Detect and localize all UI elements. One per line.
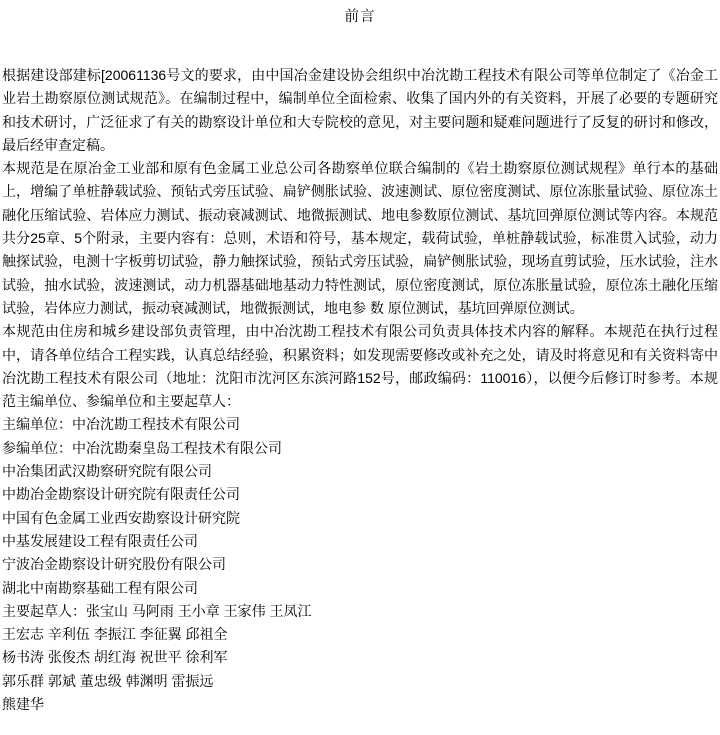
intro-paragraph: 根据建设部建标[20061136号文的要求，由中国冶金建设协会组织中冶沈勘工程技…: [2, 64, 718, 157]
document-body: 根据建设部建标[20061136号文的要求，由中国冶金建设协会组织中冶沈勘工程技…: [2, 64, 718, 716]
chief-editor-line: 主编单位：中冶沈勘工程技术有限公司: [2, 413, 718, 436]
participating-unit-line: 中基发展建设工程有限责任公司: [2, 530, 718, 553]
participating-unit-line: 中国有色金属工业西安勘察设计研究院: [2, 507, 718, 530]
participating-unit-line: 中勘冶金勘察设计研究院有限责任公司: [2, 483, 718, 506]
page-title: 前言: [2, 0, 718, 26]
management-paragraph: 本规范由住房和城乡建设部负责管理，由中冶沈勘工程技术有限公司负责具体技术内容的解…: [2, 320, 718, 413]
participating-unit-line: 湖北中南勘察基础工程有限公司: [2, 577, 718, 600]
drafter-line: 熊建华: [2, 693, 718, 716]
drafter-line: 主要起草人：张宝山 马阿雨 王小章 王家伟 王凤江: [2, 600, 718, 623]
participating-unit-line: 宁波冶金勘察设计研究股份有限公司: [2, 553, 718, 576]
participating-unit-line: 参编单位：中冶沈勘秦皇岛工程技术有限公司: [2, 437, 718, 460]
document-page: 前言 根据建设部建标[20061136号文的要求，由中国冶金建设协会组织中冶沈勘…: [0, 0, 720, 735]
scope-paragraph: 本规范是在原冶金工业部和原有色金属工业总公司各勘察单位联合编制的《岩土勘察原位测…: [2, 157, 718, 320]
drafter-line: 郭乐群 郭斌 董忠级 韩渊明 雷振远: [2, 670, 718, 693]
drafter-line: 王宏志 辛利伍 李振江 李征翼 邱祖全: [2, 623, 718, 646]
drafter-line: 杨书涛 张俊杰 胡红海 祝世平 徐利军: [2, 646, 718, 669]
participating-unit-line: 中冶集团武汉勘察研究院有限公司: [2, 460, 718, 483]
